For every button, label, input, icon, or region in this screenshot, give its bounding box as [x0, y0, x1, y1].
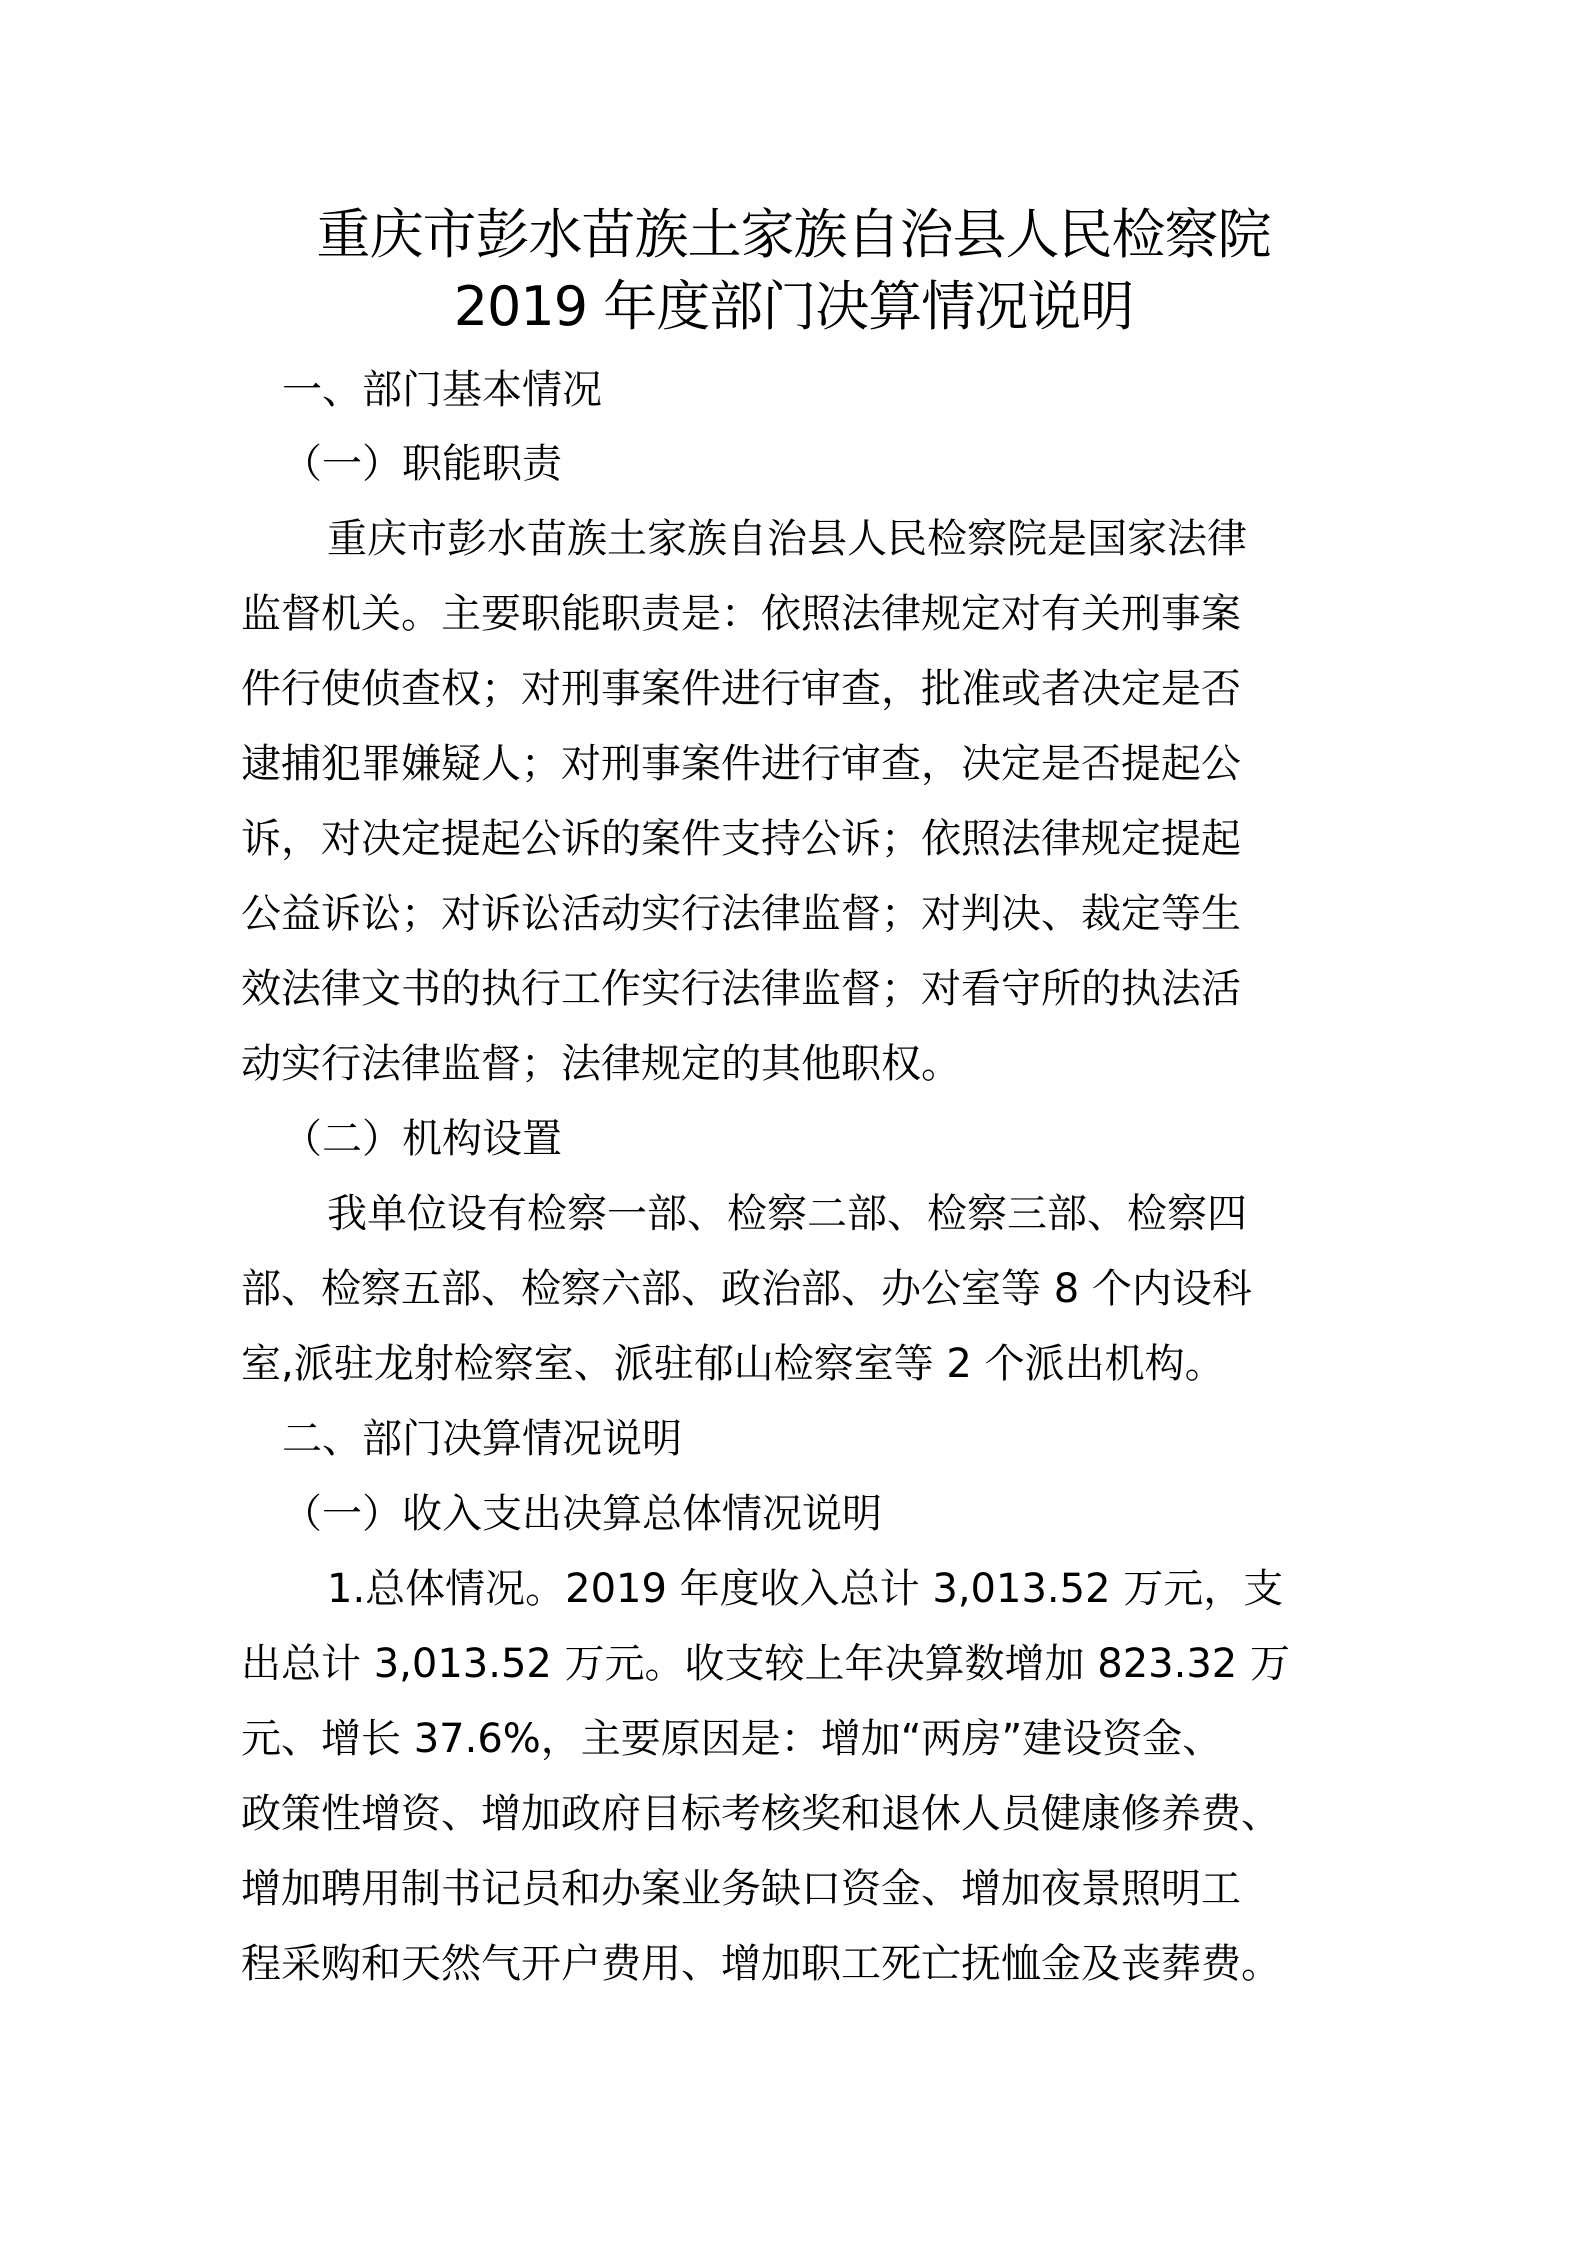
- paragraph-line: 元、增长 37.6%，主要原因是：增加“两房”建设资金、: [241, 1715, 1222, 1763]
- paragraph-line: 1.总体情况。2019 年度收入总计 3,013.52 万元，支: [327, 1565, 1283, 1613]
- section-2-sub-1-heading: （一）收入支出决算总体情况说明: [282, 1490, 882, 1538]
- paragraph-line: 公益诉讼；对诉讼活动实行法律监督；对判决、裁定等生: [241, 890, 1241, 938]
- paragraph-line: 程采购和天然气开户费用、增加职工死亡抚恤金及丧葬费。: [241, 1940, 1281, 1988]
- section-1-heading: 一、部门基本情况: [282, 366, 602, 414]
- document-page: 重庆市彭水苗族土家族自治县人民检察院 2019 年度部门决算情况说明 一、部门基…: [0, 0, 1587, 2245]
- paragraph-line: 室,派驻龙射检察室、派驻郁山检察室等 2 个派出机构。: [241, 1340, 1225, 1388]
- paragraph-line: 逮捕犯罪嫌疑人；对刑事案件进行审查，决定是否提起公: [241, 740, 1241, 788]
- paragraph-line: 出总计 3,013.52 万元。收支较上年决算数增加 823.32 万: [241, 1640, 1290, 1688]
- section-1-sub-2-heading: （二）机构设置: [282, 1115, 562, 1163]
- paragraph-line: 诉，对决定提起公诉的案件支持公诉；依照法律规定提起: [241, 815, 1241, 863]
- paragraph-line: 我单位设有检察一部、检察二部、检察三部、检察四: [327, 1190, 1247, 1238]
- paragraph-line: 监督机关。主要职能职责是：依照法律规定对有关刑事案: [241, 590, 1241, 638]
- paragraph-line: 重庆市彭水苗族土家族自治县人民检察院是国家法律: [327, 515, 1247, 563]
- paragraph-line: 政策性增资、增加政府目标考核奖和退休人员健康修养费、: [241, 1790, 1281, 1838]
- paragraph-line: 动实行法律监督；法律规定的其他职权。: [241, 1040, 961, 1088]
- section-1-sub-1-heading: （一）职能职责: [282, 440, 562, 488]
- paragraph-line: 部、检察五部、检察六部、政治部、办公室等 8 个内设科: [241, 1265, 1252, 1313]
- paragraph-line: 增加聘用制书记员和办案业务缺口资金、增加夜景照明工: [241, 1865, 1241, 1913]
- document-title-line-1: 重庆市彭水苗族土家族自治县人民检察院: [0, 205, 1587, 265]
- section-2-heading: 二、部门决算情况说明: [282, 1415, 682, 1463]
- paragraph-line: 件行使侦查权；对刑事案件进行审查，批准或者决定是否: [241, 665, 1241, 713]
- paragraph-line: 效法律文书的执行工作实行法律监督；对看守所的执法活: [241, 965, 1241, 1013]
- document-title-line-2: 2019 年度部门决算情况说明: [0, 277, 1587, 337]
